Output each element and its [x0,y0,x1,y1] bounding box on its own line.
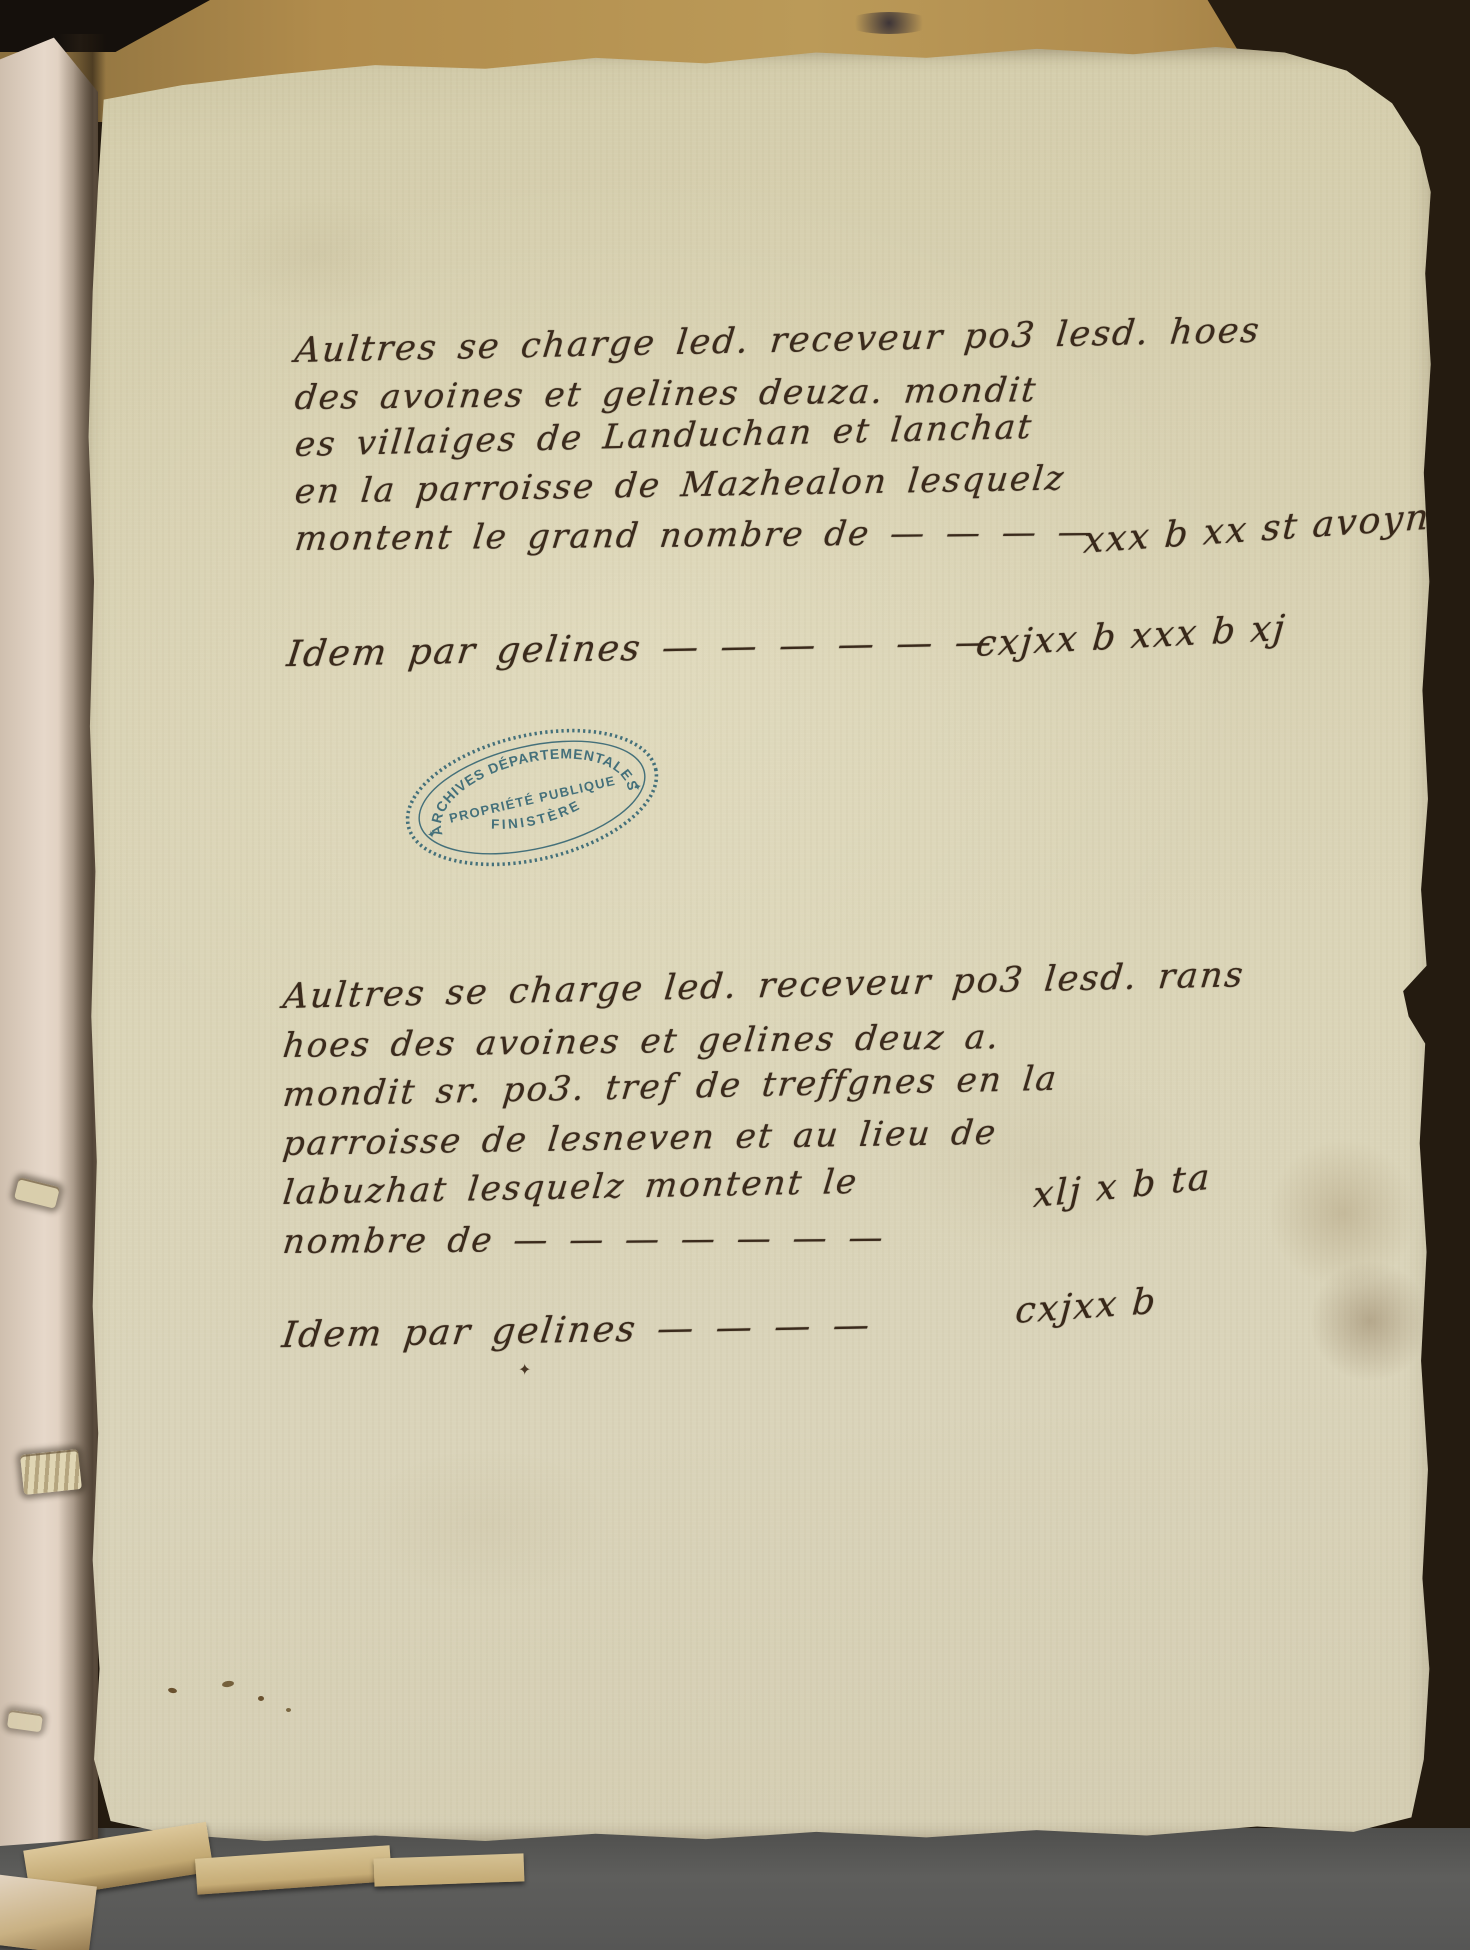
manuscript-item-gelines-2: Idem par gelines — — — — [280,1305,874,1356]
stamp-ornament-right-icon: ✦ [632,780,644,795]
binding-thread [20,1449,82,1495]
ink-cross-mark: ✦ [518,1360,531,1379]
manuscript-entry-2: Aultres se charge led. receveur po3 lesd… [283,973,1242,1267]
amount-annotation-gelines-1: cxjxx b xxx b xj [974,608,1288,665]
amount-annotation-gelines-2: cxjxx b [1014,1281,1159,1332]
manuscript-page: Aultres se charge led. receveur po3 lesd… [72,38,1450,1850]
paper-fragment [0,1874,97,1950]
manuscript-line: nombre de — — — — — — — [280,1211,1246,1267]
dirt-speck [222,1680,235,1688]
manuscript-line: Aultres se charge led. receveur po3 lesd… [293,308,1263,375]
manuscript-item-gelines-1: Idem par gelines — — — — — — [285,622,996,675]
dirt-speck [168,1687,178,1694]
dirt-speck [258,1696,264,1701]
archive-stamp: ARCHIVES DÉPARTEMENTALES PROPRIÉTÉ PUBLI… [383,693,680,903]
dirt-speck [286,1708,291,1712]
paper-fragment [374,1853,525,1886]
manuscript-photo: Aultres se charge led. receveur po3 lesd… [0,0,1470,1950]
paper-stain [1310,1256,1430,1386]
ink-smudge [845,12,933,34]
